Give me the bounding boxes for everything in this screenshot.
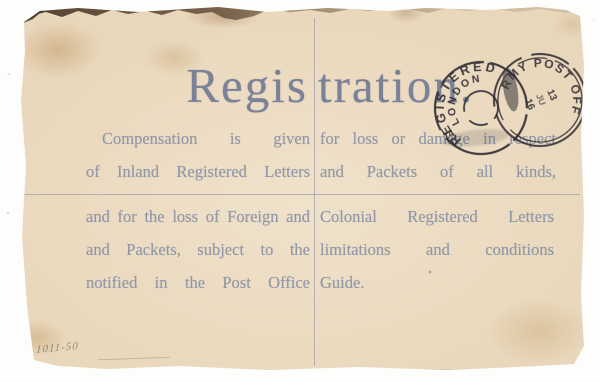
army-date-year: 16 bbox=[522, 97, 537, 112]
corner-tear bbox=[18, 6, 48, 25]
text-line: and for the loss of Foreign and bbox=[86, 200, 310, 233]
postmarks: ARMY POST OFF 13 JU 16 REGISTERED LONDON bbox=[405, 30, 600, 170]
text-line: Colonial Registered Letters bbox=[320, 200, 554, 233]
horizontal-divider-line bbox=[24, 194, 580, 195]
photo-background: Regis tration. Compensation is given of … bbox=[0, 0, 600, 382]
torn-top-edge bbox=[18, 6, 586, 26]
flap-crease-line bbox=[98, 357, 170, 361]
title-left-part: Regis bbox=[18, 61, 308, 110]
torn-edge-shape bbox=[18, 6, 586, 20]
bottom-edge-shadow bbox=[18, 369, 586, 371]
text-line: and Packets, subject to the bbox=[86, 233, 310, 266]
text-block-top-left: Compensation is given of Inland Register… bbox=[86, 122, 310, 190]
text-line: Guide. bbox=[320, 266, 554, 299]
text-line: Compensation is given bbox=[86, 122, 310, 155]
text-line: limitations and conditions bbox=[320, 233, 554, 266]
text-line: of Inland Registered Letters bbox=[86, 155, 310, 188]
registration-envelope: Regis tration. Compensation is given of … bbox=[18, 6, 586, 372]
text-line: notified in the Post Office bbox=[86, 266, 310, 299]
text-block-bottom-left: and for the loss of Foreign and and Pack… bbox=[86, 200, 310, 302]
pencil-note: 1011-50 bbox=[36, 340, 79, 356]
text-block-bottom-right: Colonial Registered Letters limitations … bbox=[320, 200, 554, 302]
